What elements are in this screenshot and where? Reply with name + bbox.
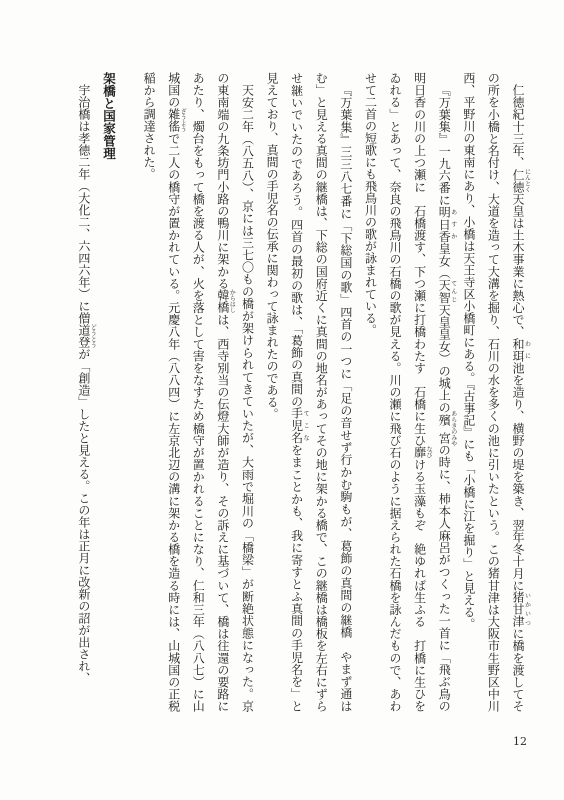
ruby-annotated-word: 猪甘津いかいつ xyxy=(511,591,525,627)
furigana: にんとく xyxy=(524,169,531,193)
paragraph: 仁徳紀十三年、仁徳にんとく天皇は土木事業に熱心で、和珥わに池を造り、横野の堤を築… xyxy=(456,72,530,712)
document-page: 仁徳紀十三年、仁徳にんとく天皇は土木事業に熱心で、和珥わに池を造り、横野の堤を築… xyxy=(0,0,564,800)
ruby-annotated-word: 雑徭ざうよう xyxy=(167,108,181,132)
paragraph: 宇治橋は孝徳二年（大化二、六四六年）に僧道登どうとうが「創造」したと見える。この… xyxy=(71,72,96,712)
ruby-annotated-word: 韓橋からはし xyxy=(216,289,230,313)
ruby-annotated-word: 手児名てこな xyxy=(290,407,304,444)
page-number: 12 xyxy=(513,735,527,748)
paragraph: 『万葉集』一九六番に明日香あすか皇女（天智てんじ天皇皇女）の城上の殯宮あらきのみ… xyxy=(358,72,456,712)
furigana: なび xyxy=(425,446,432,458)
paragraph: 天安二年（八五八）、京には三七〇もの橋が架けられてきていたが、大雨で堀川の「橋梁… xyxy=(137,72,260,712)
ruby-annotated-word: 殯宮あらきのみや xyxy=(437,414,451,444)
ruby-annotated-word: 和珥わに xyxy=(511,338,525,362)
paragraph: 『万葉集』三三八七番に「下総国の歌」四首の一つに「足の音せず行かむ駒もが、葛飾の… xyxy=(259,72,357,712)
furigana: わに xyxy=(524,338,531,362)
furigana: てこな xyxy=(302,407,309,443)
furigana: ざうよう xyxy=(179,108,186,132)
furigana: あらきのみや xyxy=(450,411,457,447)
furigana: いかいつ xyxy=(524,591,531,627)
text-flow: 仁徳紀十三年、仁徳にんとく天皇は土木事業に熱心で、和珥わに池を造り、横野の堤を築… xyxy=(71,72,530,712)
section-heading: 架橋と国家管理 xyxy=(96,72,121,712)
ruby-annotated-word: 天智てんじ xyxy=(437,279,451,303)
furigana: どうとう xyxy=(89,324,96,348)
ruby-annotated-word: 仁徳にんとく xyxy=(511,169,525,193)
furigana: てんじ xyxy=(450,279,457,303)
furigana: あすか xyxy=(450,206,457,242)
ruby-annotated-word: 靡なび xyxy=(413,446,427,458)
ruby-annotated-word: 明日香あすか xyxy=(437,206,451,243)
furigana: からはし xyxy=(228,289,235,313)
ruby-annotated-word: 道登どうとう xyxy=(77,324,91,348)
